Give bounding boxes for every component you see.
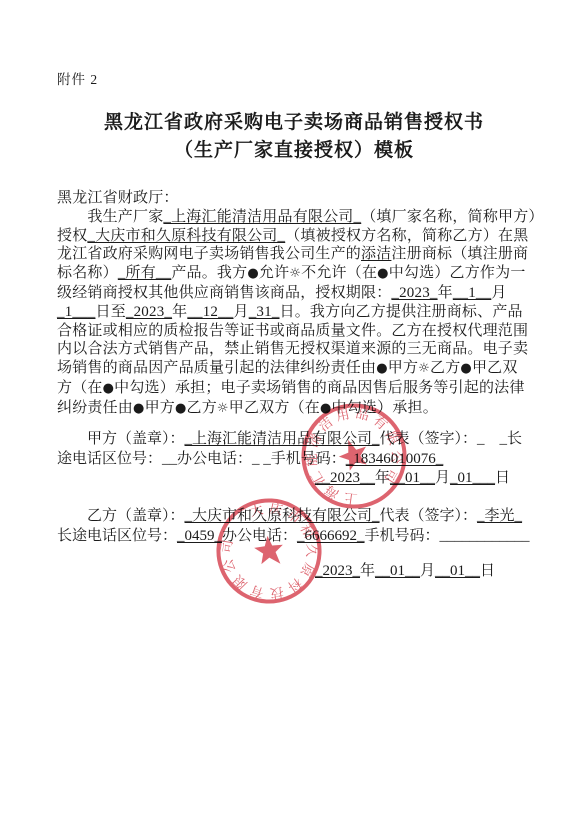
text-segment: 甲方 — [145, 400, 175, 416]
text-segment: 年 — [172, 304, 187, 320]
filled-blank-text: 添洁 — [361, 246, 391, 262]
text-segment: 日。我方向乙方提供注册商标、产品 — [280, 304, 523, 320]
checkbox-symbol: ☼ — [289, 266, 301, 281]
filled-blank-text: __2023__ — [315, 470, 375, 486]
checkbox-symbol: ● — [320, 401, 332, 416]
document-page: 附件 2 黑龙江省政府采购电子卖场商品销售授权书 （生产厂家直接授权）模板 黑龙… — [0, 0, 588, 837]
filled-blank-text: _2023_ — [126, 304, 172, 320]
filled-blank-text: _01___ — [450, 470, 495, 486]
text-segment: 纠纷责任由 — [57, 400, 133, 416]
text-segment: 途电话区位号：__办公电话：_ _手机号码： — [57, 451, 346, 467]
text-segment: 代表（签字）：_ _长 — [380, 431, 523, 447]
text-line: 途电话区位号：__办公电话：_ _手机号码：_18346010076_ — [57, 450, 539, 470]
filled-blank-text: _31_ — [249, 304, 280, 320]
text-segment: 手机号码：____________ — [365, 528, 530, 544]
text-line: 黑龙江省财政厅： — [57, 189, 539, 208]
text-segment: 月 — [435, 470, 450, 486]
party-b-signature-block: 乙方（盖章）：_大庆市和久原科技有限公司_代表（签字）：_李光_长途电话区位号：… — [57, 507, 539, 546]
text-line: 乙方（盖章）：_大庆市和久原科技有限公司_代表（签字）：_李光_ — [57, 507, 539, 527]
text-segment: 长途电话区位号： — [57, 528, 177, 544]
checkbox-symbol: ● — [133, 401, 145, 416]
text-segment: 中勾选）承担；电子卖场销售的商品因售后服务等引起的法律 — [114, 380, 524, 396]
text-segment: 月 — [420, 563, 435, 579]
checkbox-symbol: ● — [460, 361, 472, 376]
text-segment: 龙江省政府采购网电子卖场销售我公司生产的 — [57, 246, 361, 262]
text-segment: 甲乙双 — [472, 360, 518, 376]
text-segment: 中勾选）乙方作为一 — [389, 265, 526, 281]
filled-blank-text: _大庆市和久原科技有限公司_ — [87, 228, 285, 244]
title-line-2: （生产厂家直接授权）模板 — [0, 137, 588, 165]
checkbox-symbol: ☼ — [217, 401, 229, 416]
text-line: 纠纷责任由●甲方●乙方☼甲乙双方（在●中勾选）承担。 — [57, 399, 539, 419]
text-segment: 代表（签字）： — [380, 508, 478, 524]
filled-blank-text: _2023_ — [315, 563, 360, 579]
text-line: 级经销商授权其他供应商销售该商品，授权期限：_2023_年__1__月 — [57, 284, 539, 303]
filled-blank-text: __1__ — [453, 285, 492, 301]
attachment-label: 附件 2 — [57, 68, 98, 88]
filled-blank-text: __01__ — [390, 470, 435, 486]
text-line: 授权_大庆市和久原科技有限公司_（填被授权方名称，简称乙方）在黑 — [57, 227, 539, 246]
text-line: __2023__年__01__月_01___日 — [315, 469, 588, 488]
text-segment: 甲方 — [388, 360, 418, 376]
text-segment: 日 — [495, 470, 510, 486]
text-segment: 日 — [480, 563, 495, 579]
text-segment: 允许 — [259, 265, 289, 281]
document-title: 黑龙江省政府采购电子卖场商品销售授权书 （生产厂家直接授权）模板 — [0, 109, 588, 165]
text-segment: 不允许（在 — [301, 265, 377, 281]
text-segment: 内以合法方式销售产品，禁止销售无授权渠道来源的三无商品。电子卖 — [57, 341, 528, 357]
filled-blank-text: _0459_ — [177, 528, 222, 544]
party-b-date-line: _2023_年__01__月__01__日 — [57, 562, 588, 581]
filled-blank-text: _上海汇能清洁用品有限公司_ — [163, 209, 361, 225]
text-segment: 年 — [375, 470, 390, 486]
title-line-1: 黑龙江省政府采购电子卖场商品销售授权书 — [0, 109, 588, 137]
text-segment: 乙方（盖章）： — [57, 508, 185, 524]
filled-blank-text: _6666692_ — [297, 528, 365, 544]
text-line: 内以合法方式销售产品，禁止销售无授权渠道来源的三无商品。电子卖 — [57, 340, 539, 359]
checkbox-symbol: ● — [377, 266, 389, 281]
text-segment: 级经销商授权其他供应商销售该商品，授权期限： — [57, 285, 391, 301]
text-segment: 我生产厂家 — [57, 209, 163, 225]
filled-blank-text: _2023_ — [391, 285, 437, 301]
filled-blank-text: _李光_ — [477, 508, 522, 524]
text-line: 我生产厂家_上海汇能清洁用品有限公司_（填厂家名称，简称甲方） — [57, 208, 539, 227]
text-line: 标名称）_所有__产品。我方●允许☼不允许（在●中勾选）乙方作为一 — [57, 264, 539, 284]
text-segment: 日至 — [96, 304, 126, 320]
filled-blank-text: _1___ — [57, 304, 96, 320]
checkbox-symbol: ● — [103, 381, 115, 396]
text-segment: 合格证或相应的质检报告等证书或商品质量文件。乙方在授权代理范围 — [57, 323, 528, 339]
text-segment: 注册商标（填注册商 — [391, 246, 528, 262]
checkbox-symbol: ● — [247, 266, 259, 281]
text-segment: 甲方（盖章）： — [57, 431, 185, 447]
filled-blank-text: __01__ — [375, 563, 420, 579]
filled-blank-text: __12__ — [187, 304, 233, 320]
text-segment: 乙方 — [187, 400, 217, 416]
checkbox-symbol: ● — [175, 401, 187, 416]
checkbox-symbol: ● — [376, 361, 388, 376]
text-line: 长途电话区位号：_0459_办公电话：_6666692_手机号码：_______… — [57, 527, 539, 547]
text-segment: 月 — [234, 304, 249, 320]
filled-blank-text: _大庆市和久原科技有限公司_ — [185, 508, 380, 524]
text-line: 甲方（盖章）：_上海汇能清洁用品有限公司_代表（签字）：_ _长 — [57, 430, 539, 450]
party-a-date-line: __2023__年__01__月_01___日 — [57, 469, 588, 488]
checkbox-symbol: ☼ — [418, 361, 430, 376]
text-line: 合格证或相应的质检报告等证书或商品质量文件。乙方在授权代理范围 — [57, 322, 539, 341]
party-a-signature-block: 甲方（盖章）：_上海汇能清洁用品有限公司_代表（签字）：_ _长途电话区位号：_… — [57, 430, 539, 469]
text-segment: 授权 — [57, 228, 87, 244]
text-segment: 年 — [438, 285, 453, 301]
text-segment: 场销售的商品因产品质量引起的法律纠纷责任由 — [57, 360, 376, 376]
text-segment: 甲乙双方（在 — [229, 400, 320, 416]
filled-blank-text: _所有__ — [118, 265, 172, 281]
text-line: 场销售的商品因产品质量引起的法律纠纷责任由●甲方☼乙方●甲乙双 — [57, 359, 539, 379]
text-segment: 方（在 — [57, 380, 103, 396]
text-segment: （填厂家名称，简称甲方） — [361, 209, 543, 225]
text-segment: 产品。我方 — [171, 265, 247, 281]
text-line: 龙江省政府采购网电子卖场销售我公司生产的添洁注册商标（填注册商 — [57, 245, 539, 264]
filled-blank-text: _18346010076_ — [346, 451, 444, 467]
filled-blank-text: _上海汇能清洁用品有限公司_ — [185, 431, 380, 447]
text-segment: （填被授权方名称，简称乙方）在黑 — [285, 228, 528, 244]
text-segment: 乙方 — [430, 360, 460, 376]
text-line: _2023_年__01__月__01__日 — [315, 562, 588, 581]
body-paragraph: 黑龙江省财政厅： 我生产厂家_上海汇能清洁用品有限公司_（填厂家名称，简称甲方）… — [57, 189, 539, 419]
text-segment: 标名称） — [57, 265, 118, 281]
text-segment: 中勾选）承担。 — [332, 400, 438, 416]
filled-blank-text: __01__ — [435, 563, 480, 579]
text-segment: 办公电话： — [222, 528, 297, 544]
text-segment: 月 — [491, 285, 506, 301]
text-line: 方（在●中勾选）承担；电子卖场销售的商品因售后服务等引起的法律 — [57, 379, 539, 399]
text-segment: 年 — [360, 563, 375, 579]
text-line: _1___日至_2023_年__12__月_31_日。我方向乙方提供注册商标、产… — [57, 303, 539, 322]
text-segment: 黑龙江省财政厅： — [57, 190, 179, 206]
